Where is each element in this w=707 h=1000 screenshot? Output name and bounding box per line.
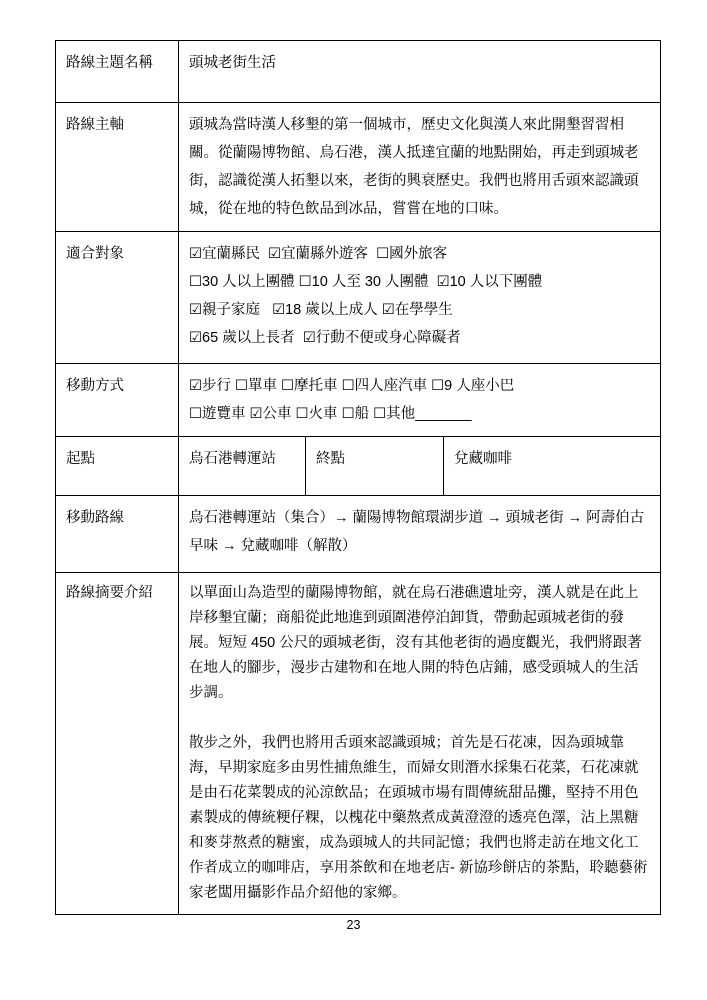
paragraph-spacer: [189, 706, 650, 731]
transport-value: ☑步行 ☐單車 ☐摩托車 ☐四人座汽車 ☐9 人座小巴 ☐遊覽車 ☑公車 ☐火車…: [179, 364, 661, 437]
transport-line-2: ☐遊覽車 ☑公車 ☐火車 ☐船 ☐其他_______: [189, 400, 650, 428]
summary-label: 路線摘要介紹: [56, 573, 179, 915]
theme-label: 路線主題名稱: [56, 41, 179, 103]
row-axis: 路線主軸 頭城為當時漢人移墾的第一個城市，歷史文化與漢人來此開墾習習相關。從蘭陽…: [56, 103, 661, 232]
audience-line-2: ☐30 人以上團體 ☐10 人至 30 人團體 ☑10 人以下團體: [189, 268, 650, 296]
theme-value: 頭城老街生活: [179, 41, 661, 103]
row-endpoints: 起點 烏石港轉運站 終點 兌藏咖啡: [56, 437, 661, 496]
start-label: 起點: [56, 437, 179, 496]
transport-label: 移動方式: [56, 364, 179, 437]
route-value: 烏石港轉運站（集合）→ 蘭陽博物館環湖步道 → 頭城老街 → 阿壽伯古早味 → …: [179, 496, 661, 573]
end-label: 終點: [306, 437, 444, 496]
page-number: 23: [0, 918, 707, 932]
row-route: 移動路線 烏石港轉運站（集合）→ 蘭陽博物館環湖步道 → 頭城老街 → 阿壽伯古…: [56, 496, 661, 573]
document-page: 路線主題名稱 頭城老街生活 路線主軸 頭城為當時漢人移墾的第一個城市，歷史文化與…: [0, 0, 707, 1000]
summary-value: 以單面山為造型的蘭陽博物館，就在烏石港礁遺址旁，漢人就是在此上岸移墾宜蘭；商船從…: [179, 573, 661, 915]
start-value: 烏石港轉運站: [179, 437, 306, 496]
row-theme: 路線主題名稱 頭城老街生活: [56, 41, 661, 103]
end-value: 兌藏咖啡: [444, 437, 661, 496]
audience-line-4: ☑65 歲以上長者 ☑行動不便或身心障礙者: [189, 324, 650, 352]
row-audience: 適合對象 ☑宜蘭縣民 ☑宜蘭縣外遊客 ☐國外旅客 ☐30 人以上團體 ☐10 人…: [56, 232, 661, 364]
audience-value: ☑宜蘭縣民 ☑宜蘭縣外遊客 ☐國外旅客 ☐30 人以上團體 ☐10 人至 30 …: [179, 232, 661, 364]
axis-label: 路線主軸: [56, 103, 179, 232]
row-transport: 移動方式 ☑步行 ☐單車 ☐摩托車 ☐四人座汽車 ☐9 人座小巴 ☐遊覽車 ☑公…: [56, 364, 661, 437]
audience-line-3: ☑親子家庭 ☑18 歲以上成人 ☑在學學生: [189, 296, 650, 324]
axis-value: 頭城為當時漢人移墾的第一個城市，歷史文化與漢人來此開墾習習相關。從蘭陽博物館、烏…: [179, 103, 661, 232]
transport-line-1: ☑步行 ☐單車 ☐摩托車 ☐四人座汽車 ☐9 人座小巴: [189, 372, 650, 400]
route-label: 移動路線: [56, 496, 179, 573]
row-summary: 路線摘要介紹 以單面山為造型的蘭陽博物館，就在烏石港礁遺址旁，漢人就是在此上岸移…: [56, 573, 661, 915]
summary-paragraph-1: 以單面山為造型的蘭陽博物館，就在烏石港礁遺址旁，漢人就是在此上岸移墾宜蘭；商船從…: [189, 581, 650, 706]
audience-line-1: ☑宜蘭縣民 ☑宜蘭縣外遊客 ☐國外旅客: [189, 240, 650, 268]
route-info-table: 路線主題名稱 頭城老街生活 路線主軸 頭城為當時漢人移墾的第一個城市，歷史文化與…: [55, 40, 661, 915]
audience-label: 適合對象: [56, 232, 179, 364]
summary-paragraph-2: 散步之外，我們也將用舌頭來認識頭城；首先是石花凍，因為頭城靠海，早期家庭多由男性…: [189, 731, 650, 906]
